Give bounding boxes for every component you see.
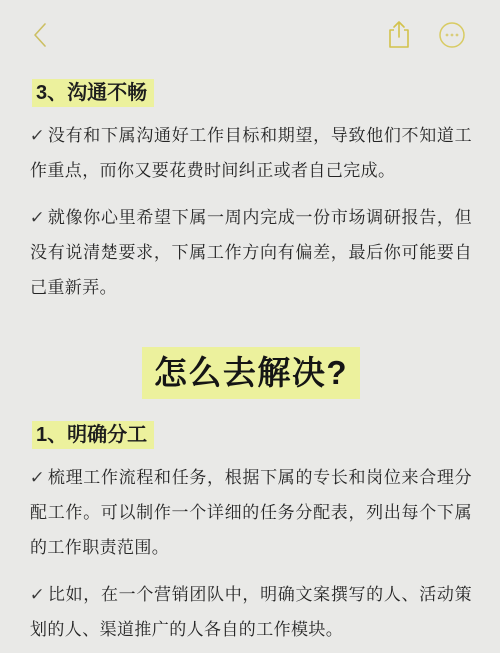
check-icon: ✓ [28,577,46,612]
check-icon: ✓ [28,200,46,235]
share-button[interactable] [386,20,412,50]
highlighted-title-text: 怎么去解决? [142,347,360,399]
section-heading-1: 1、明确分工 [32,420,472,450]
highlighted-heading-text: 3、沟通不畅 [32,79,154,107]
article: 3、沟通不畅 ✓没有和下属沟通好工作目标和期望，导致他们不知道工作重点，而你又要… [0,58,500,647]
chevron-left-icon [32,22,48,48]
paragraph: ✓梳理工作流程和任务，根据下属的专长和岗位来合理分配工作。可以制作一个详细的任务… [30,460,472,565]
navbar [0,0,500,58]
paragraph: ✓比如，在一个营销团队中，明确文案撰写的人、活动策划的人、渠道推广的人各自的工作… [30,577,472,647]
check-icon: ✓ [28,118,46,153]
check-icon: ✓ [28,460,46,495]
app-screen: 3、沟通不畅 ✓没有和下属沟通好工作目标和期望，导致他们不知道工作重点，而你又要… [0,0,500,653]
highlighted-heading-text: 1、明确分工 [32,421,154,449]
share-icon [386,20,412,50]
paragraph-text: 没有和下属沟通好工作目标和期望，导致他们不知道工作重点，而你又要花费时间纠正或者… [30,126,472,180]
section-heading-3: 3、沟通不畅 [32,78,472,108]
paragraph-text: 就像你心里希望下属一周内完成一份市场调研报告，但没有说清楚要求，下属工作方向有偏… [30,208,472,297]
paragraph-text: 梳理工作流程和任务，根据下属的专长和岗位来合理分配工作。可以制作一个详细的任务分… [30,468,472,557]
paragraph: ✓就像你心里希望下属一周内完成一份市场调研报告，但没有说清楚要求，下属工作方向有… [30,200,472,305]
paragraph: ✓没有和下属沟通好工作目标和期望，导致他们不知道工作重点，而你又要花费时间纠正或… [30,118,472,188]
paragraph-text: 比如，在一个营销团队中，明确文案撰写的人、活动策划的人、渠道推广的人各自的工作模… [30,585,472,639]
back-button[interactable] [32,22,48,48]
solution-title-block: 怎么去解决? [30,347,472,394]
ellipsis-circle-icon [438,21,466,49]
more-button[interactable] [438,21,466,49]
solution-title: 怎么去解决? [142,347,360,394]
navbar-actions [386,20,466,50]
